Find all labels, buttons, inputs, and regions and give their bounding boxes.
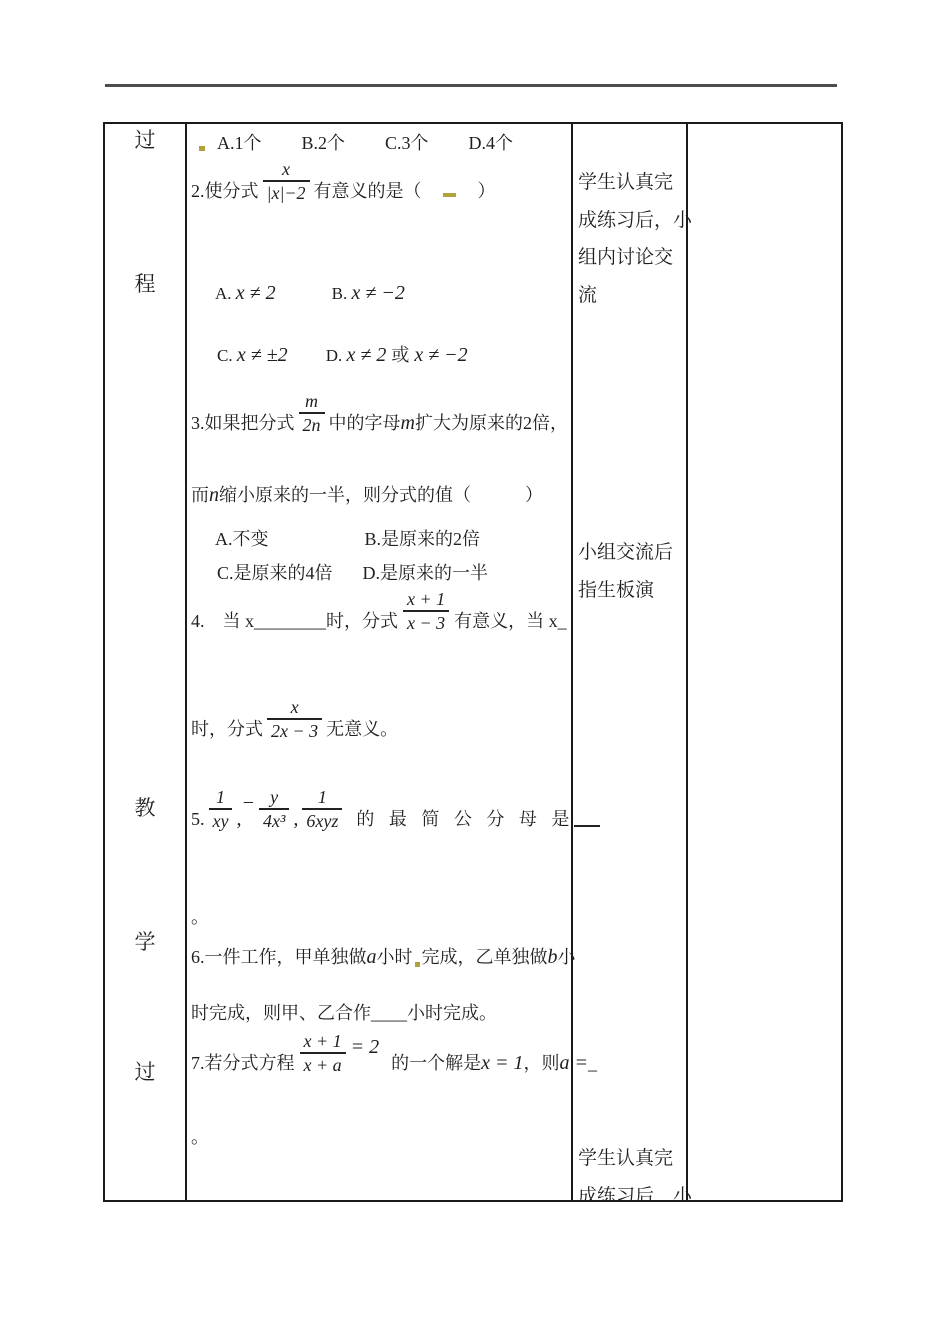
variable-m: m [401,410,415,436]
question-6-line-2: 时完成，则甲、乙合作____小时完成。 [191,1000,497,1026]
question-3-tail: 扩大为原来的2倍， [415,410,568,436]
variable-n: n [209,482,219,508]
math-x-equals-1: x = 1 [481,1050,523,1076]
equals-2: = 2 [351,1034,380,1060]
fraction-numerator: x [286,696,304,718]
process-column-char-5: 过 [105,1060,185,1084]
fraction-denominator: 2n [299,412,325,436]
answer-blank-dash-icon [422,193,478,204]
option-c: C.是原来的4倍 [217,560,333,586]
question-6-post: 完成，乙单独做 [422,944,548,970]
question-7-line: 7.若分式方程 x + 1 x + a = 2 的一个解是 x = 1 ，则 a… [191,1030,597,1076]
math-a-equals: a = [560,1050,589,1076]
question-2-options-cd: C. x ≠ ±2 D. x ≠ 2 或 x ≠ −2 [217,342,468,368]
fraction-denominator: x − 3 [403,610,449,634]
option-d: D.是原来的一半 [363,560,489,586]
question-6-line2: 时完成，则甲、乙合作____小时完成。 [191,1000,497,1026]
fraction-denominator: x + a [300,1052,346,1076]
question-5-post: 的 最 简 公 分 母 是 [356,806,574,832]
column-divider-1 [185,124,187,1200]
fraction-x-over-absx-minus-2: x |x|−2 [263,158,310,204]
fraction-x-plus-1-over-x-plus-a: x + 1 x + a [299,1030,347,1076]
fraction-1-over-xy: 1 xy [209,786,233,832]
process-column-char-1: 过 [105,128,185,152]
teacher-note-2: 小组交流后 指生板演 [578,534,673,609]
fraction-numerator: x + 1 [299,1030,347,1052]
question-3-line-1: 3.如果把分式 m 2n 中的字母 m 扩大为原来的2倍， [191,390,568,436]
option-b-label: B. [332,282,352,306]
question-7-mid: 的一个解是 [391,1050,481,1076]
fraction-denominator: 4x³ [259,808,289,832]
question-6-mid: 小时 [377,944,413,970]
question-3-prefix: 3.如果把分式 [191,410,295,436]
answer-blank-underline [574,821,600,827]
fraction-numerator: y [265,786,283,808]
fraction-m-over-2n: m 2n [299,390,325,436]
fraction-numerator: 1 [211,786,230,808]
question-7-period: 。 [191,1124,209,1150]
fraction-1-over-6xyz: 1 6xyz [302,786,342,832]
option-c-math: x ≠ ±2 [237,342,288,368]
option-c-label: C. [217,344,237,368]
question-3-line2-pre: 而 [191,482,209,508]
question-4-post: 有意义，当 x_ [454,608,567,634]
option-b: B.是原来的2倍 [365,526,481,552]
question-7-mid-2: ，则 [524,1050,560,1076]
option-a-label: A. [215,282,236,306]
teacher-note-3: 学生认真完 成练习后，小 [578,1140,692,1202]
question-5-line: 5. 1 xy , − y 4x³ , 1 6xyz 的 最 简 公 分 母 是 [191,786,600,832]
option-d-label: D. [326,344,347,368]
question-2-suffix: 有意义的是（ [314,178,422,204]
option-a: A.不变 [215,526,269,552]
question-3-options-cd: C.是原来的4倍 D.是原来的一半 [217,560,488,586]
page-top-rule [105,84,837,87]
option-d-math-1: x ≠ 2 [346,342,391,368]
question-6-end: 小 [558,944,576,970]
fraction-numerator: x + 1 [402,588,450,610]
accent-dot-icon [199,146,205,151]
option-b-math: x ≠ −2 [351,280,404,306]
question-3-line2-post: 缩小原来的一半，则分式的值（ ） [219,482,543,508]
variable-a: a [367,944,377,970]
question-4-line-1: 4. 当 x________时，分式 x + 1 x − 3 有意义，当 x_ [191,588,567,634]
option-a-math: x ≠ 2 [236,280,276,306]
process-column-char-4: 学 [105,930,185,954]
question-7-pre: 7.若分式方程 [191,1050,295,1076]
question-1-option-a: A.1个 [217,130,262,156]
fraction-x-over-2x-minus-3: x 2x − 3 [267,696,322,742]
fraction-x-plus-1-over-x-minus-3: x + 1 x − 3 [402,588,450,634]
question-4-pre: 4. 当 x________时，分式 [191,608,398,634]
question-4-line-2: 时，分式 x 2x − 3 无意义。 [191,696,398,742]
fraction-denominator: 2x − 3 [267,718,322,742]
question-5-period: 。 [191,904,209,930]
separator-comma: , [293,806,298,832]
lesson-plan-table: 过 程 教 学 过 A.1个 B.2个 C.3个 D.4个 2.使分式 x |x… [103,122,843,1202]
teacher-note-1: 学生认真完 成练习后，小 组内讨论交 流 [578,164,692,314]
question-3-line-2: 而 n 缩小原来的一半，则分式的值（ ） [191,482,543,508]
option-d-math-2: x ≠ −2 [409,342,467,368]
period-mark: 。 [191,904,209,930]
question-1-option-c: C.3个 [385,130,429,156]
fraction-numerator: 1 [313,786,332,808]
answer-blank-underscore: _ [588,1050,597,1076]
process-column-char-3: 教 [105,796,185,820]
question-4-line2-pre: 时，分式 [191,716,263,742]
question-2-options-ab: A. x ≠ 2 B. x ≠ −2 [215,280,405,306]
question-6-pre: 6.一件工作，甲单独做 [191,944,367,970]
question-5-label: 5. [191,806,205,832]
period-mark: 。 [191,1124,209,1150]
fraction-denominator: |x|−2 [263,180,310,204]
question-1-option-b: B.2个 [302,130,346,156]
fraction-denominator: xy [209,808,233,832]
variable-b: b [548,944,558,970]
fraction-y-over-4x3: y 4x³ [259,786,289,832]
fraction-numerator: m [300,390,323,412]
question-1-option-d: D.4个 [469,130,514,156]
option-d-conjunction: 或 [391,342,409,368]
fraction-numerator: x [277,158,295,180]
accent-dot-icon [415,962,420,967]
question-3-mid: 中的字母 [329,410,401,436]
question-4-line2-post: 无意义。 [326,716,398,742]
question-1-options-row: A.1个 B.2个 C.3个 D.4个 [199,130,513,156]
question-3-options-ab: A.不变 B.是原来的2倍 [215,526,480,552]
question-2-close-paren: ） [478,178,496,204]
fraction-denominator: 6xyz [302,808,342,832]
question-2-prefix: 2.使分式 [191,178,259,204]
question-2-stem: 2.使分式 x |x|−2 有意义的是（ ） [191,158,496,204]
question-6-line-1: 6.一件工作，甲单独做 a 小时 完成，乙单独做 b 小 [191,944,576,970]
minus-sign: − [241,790,255,816]
process-column-char-2: 程 [105,272,185,296]
